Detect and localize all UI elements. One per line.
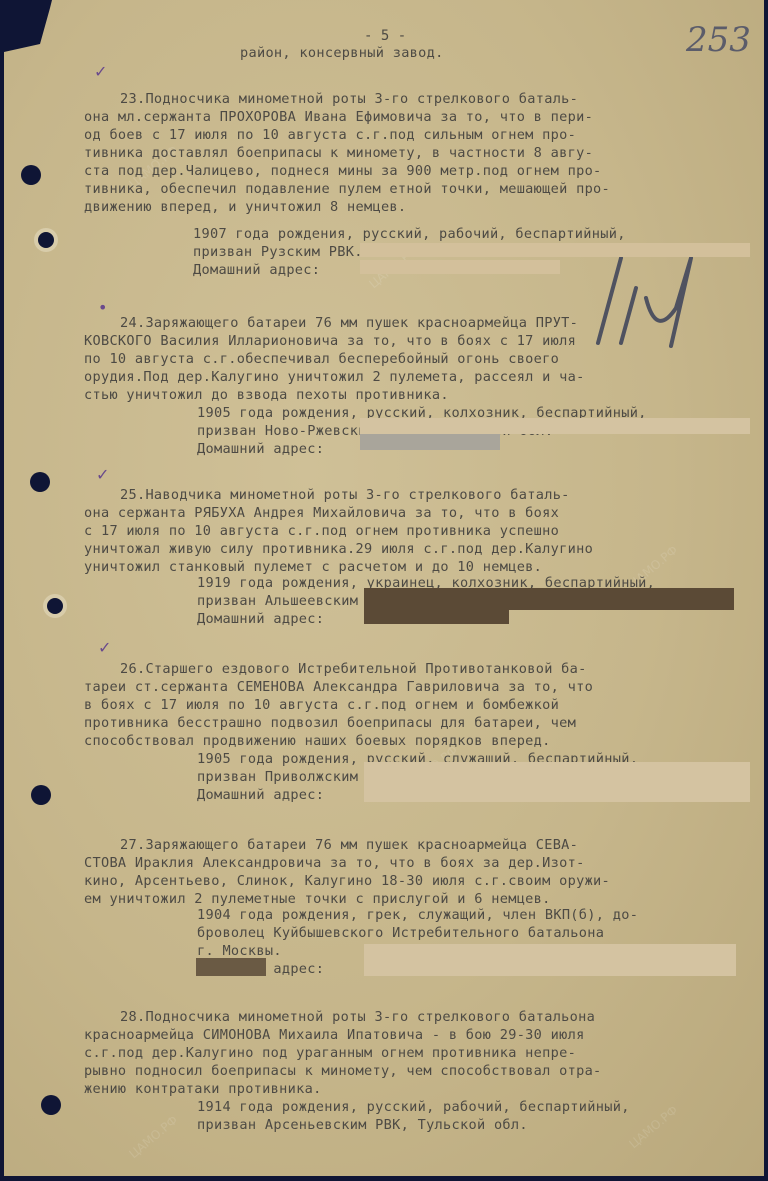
redacted-address (364, 944, 736, 976)
redacted-address (364, 608, 509, 624)
entry-line: орудия.Под дер.Калугино уничтожил 2 пуле… (84, 368, 585, 386)
entry-line: она сержанта РЯБУХА Андрея Михайловича з… (84, 504, 593, 522)
bio-line: 1914 года рождения, русский, рабочий, бе… (197, 1098, 630, 1116)
bio-line: броволец Куйбышевского Истребительного б… (197, 924, 638, 942)
entry-line: тивника доставлял боеприпасы к миномету,… (84, 144, 610, 162)
archive-number: 253 (686, 20, 751, 60)
punch-hole (31, 785, 51, 805)
entry-line: 25.Наводчика минометной роты 3-го стрелк… (120, 486, 593, 504)
redacted-address (360, 243, 750, 257)
entry-line: в боях с 17 июля по 10 августа с.г.под о… (84, 696, 593, 714)
entry-28-bio: 1914 года рождения, русский, рабочий, бе… (197, 1080, 630, 1152)
bio-line: 1904 года рождения, грек, служащий, член… (197, 906, 638, 924)
entry-line: противника бесстрашно подвозил боеприпас… (84, 714, 593, 732)
entry-line: од боев с 17 июля по 10 августа с.г.под … (84, 126, 610, 144)
entry-line: СТОВА Ираклия Александровича за то, что … (84, 854, 610, 872)
redacted-address (360, 434, 500, 450)
punch-hole (47, 598, 63, 614)
entry-line: тивника, обеспечил подавление пулем етно… (84, 180, 610, 198)
entry-line: тареи ст.сержанта СЕМЕНОВА Александра Га… (84, 678, 593, 696)
check-mark-icon: • (98, 298, 107, 317)
check-mark-icon: ✓ (94, 62, 107, 81)
entry-line: по 10 августа с.г.обеспечивал бесперебой… (84, 350, 585, 368)
punch-hole (21, 165, 41, 185)
redacted-address (364, 762, 750, 802)
page-number: - 5 - (364, 28, 406, 44)
watermark: ЦАМО.РФ (126, 1113, 180, 1161)
redacted-address (360, 418, 750, 434)
check-mark-icon: ✓ (98, 638, 111, 657)
redacted-address (364, 588, 734, 610)
punch-hole (38, 232, 54, 248)
bio-line: 1907 года рождения, русский, рабочий, бе… (193, 225, 626, 243)
entry-line: 27.Заряжающего батареи 76 мм пушек красн… (120, 836, 610, 854)
bio-line: призван Арсеньевским РВК, Тульской обл. (197, 1116, 630, 1134)
entry-line: КОВСКОГО Василия Илларионовича за то, чт… (84, 332, 585, 350)
header-line: район, консервный завод. (240, 44, 444, 62)
entry-27-bio: 1904 года рождения, грек, служащий, член… (197, 888, 638, 996)
check-mark-icon: ✓ (96, 465, 109, 484)
redacted-address (196, 958, 266, 976)
punch-hole (30, 472, 50, 492)
entry-line: с.г.под дер.Калугино под ураганным огнем… (84, 1044, 602, 1062)
punch-hole (41, 1095, 61, 1115)
entry-line: 23.Подносчика минометной роты 3-го стрел… (120, 90, 610, 108)
entry-line: 24.Заряжающего батареи 76 мм пушек красн… (120, 314, 585, 332)
entry-line: ста под дер.Чалицево, поднеся мины за 90… (84, 162, 610, 180)
entry-line: 28.Подносчика минометной роты 3-го стрел… (120, 1008, 602, 1026)
redacted-address (360, 260, 560, 274)
watermark: ЦАМО.РФ (626, 1103, 680, 1151)
entry-line: 26.Старшего ездового Истребительной Прот… (120, 660, 593, 678)
entry-line: она мл.сержанта ПРОХОРОВА Ивана Ефимович… (84, 108, 610, 126)
entry-line: красноармейца СИМОНОВА Михаила Ипатовича… (84, 1026, 602, 1044)
entry-line: с 17 июля по 10 августа с.г.под огнем пр… (84, 522, 593, 540)
entry-line: рывно подносил боеприпасы к миномету, че… (84, 1062, 602, 1080)
